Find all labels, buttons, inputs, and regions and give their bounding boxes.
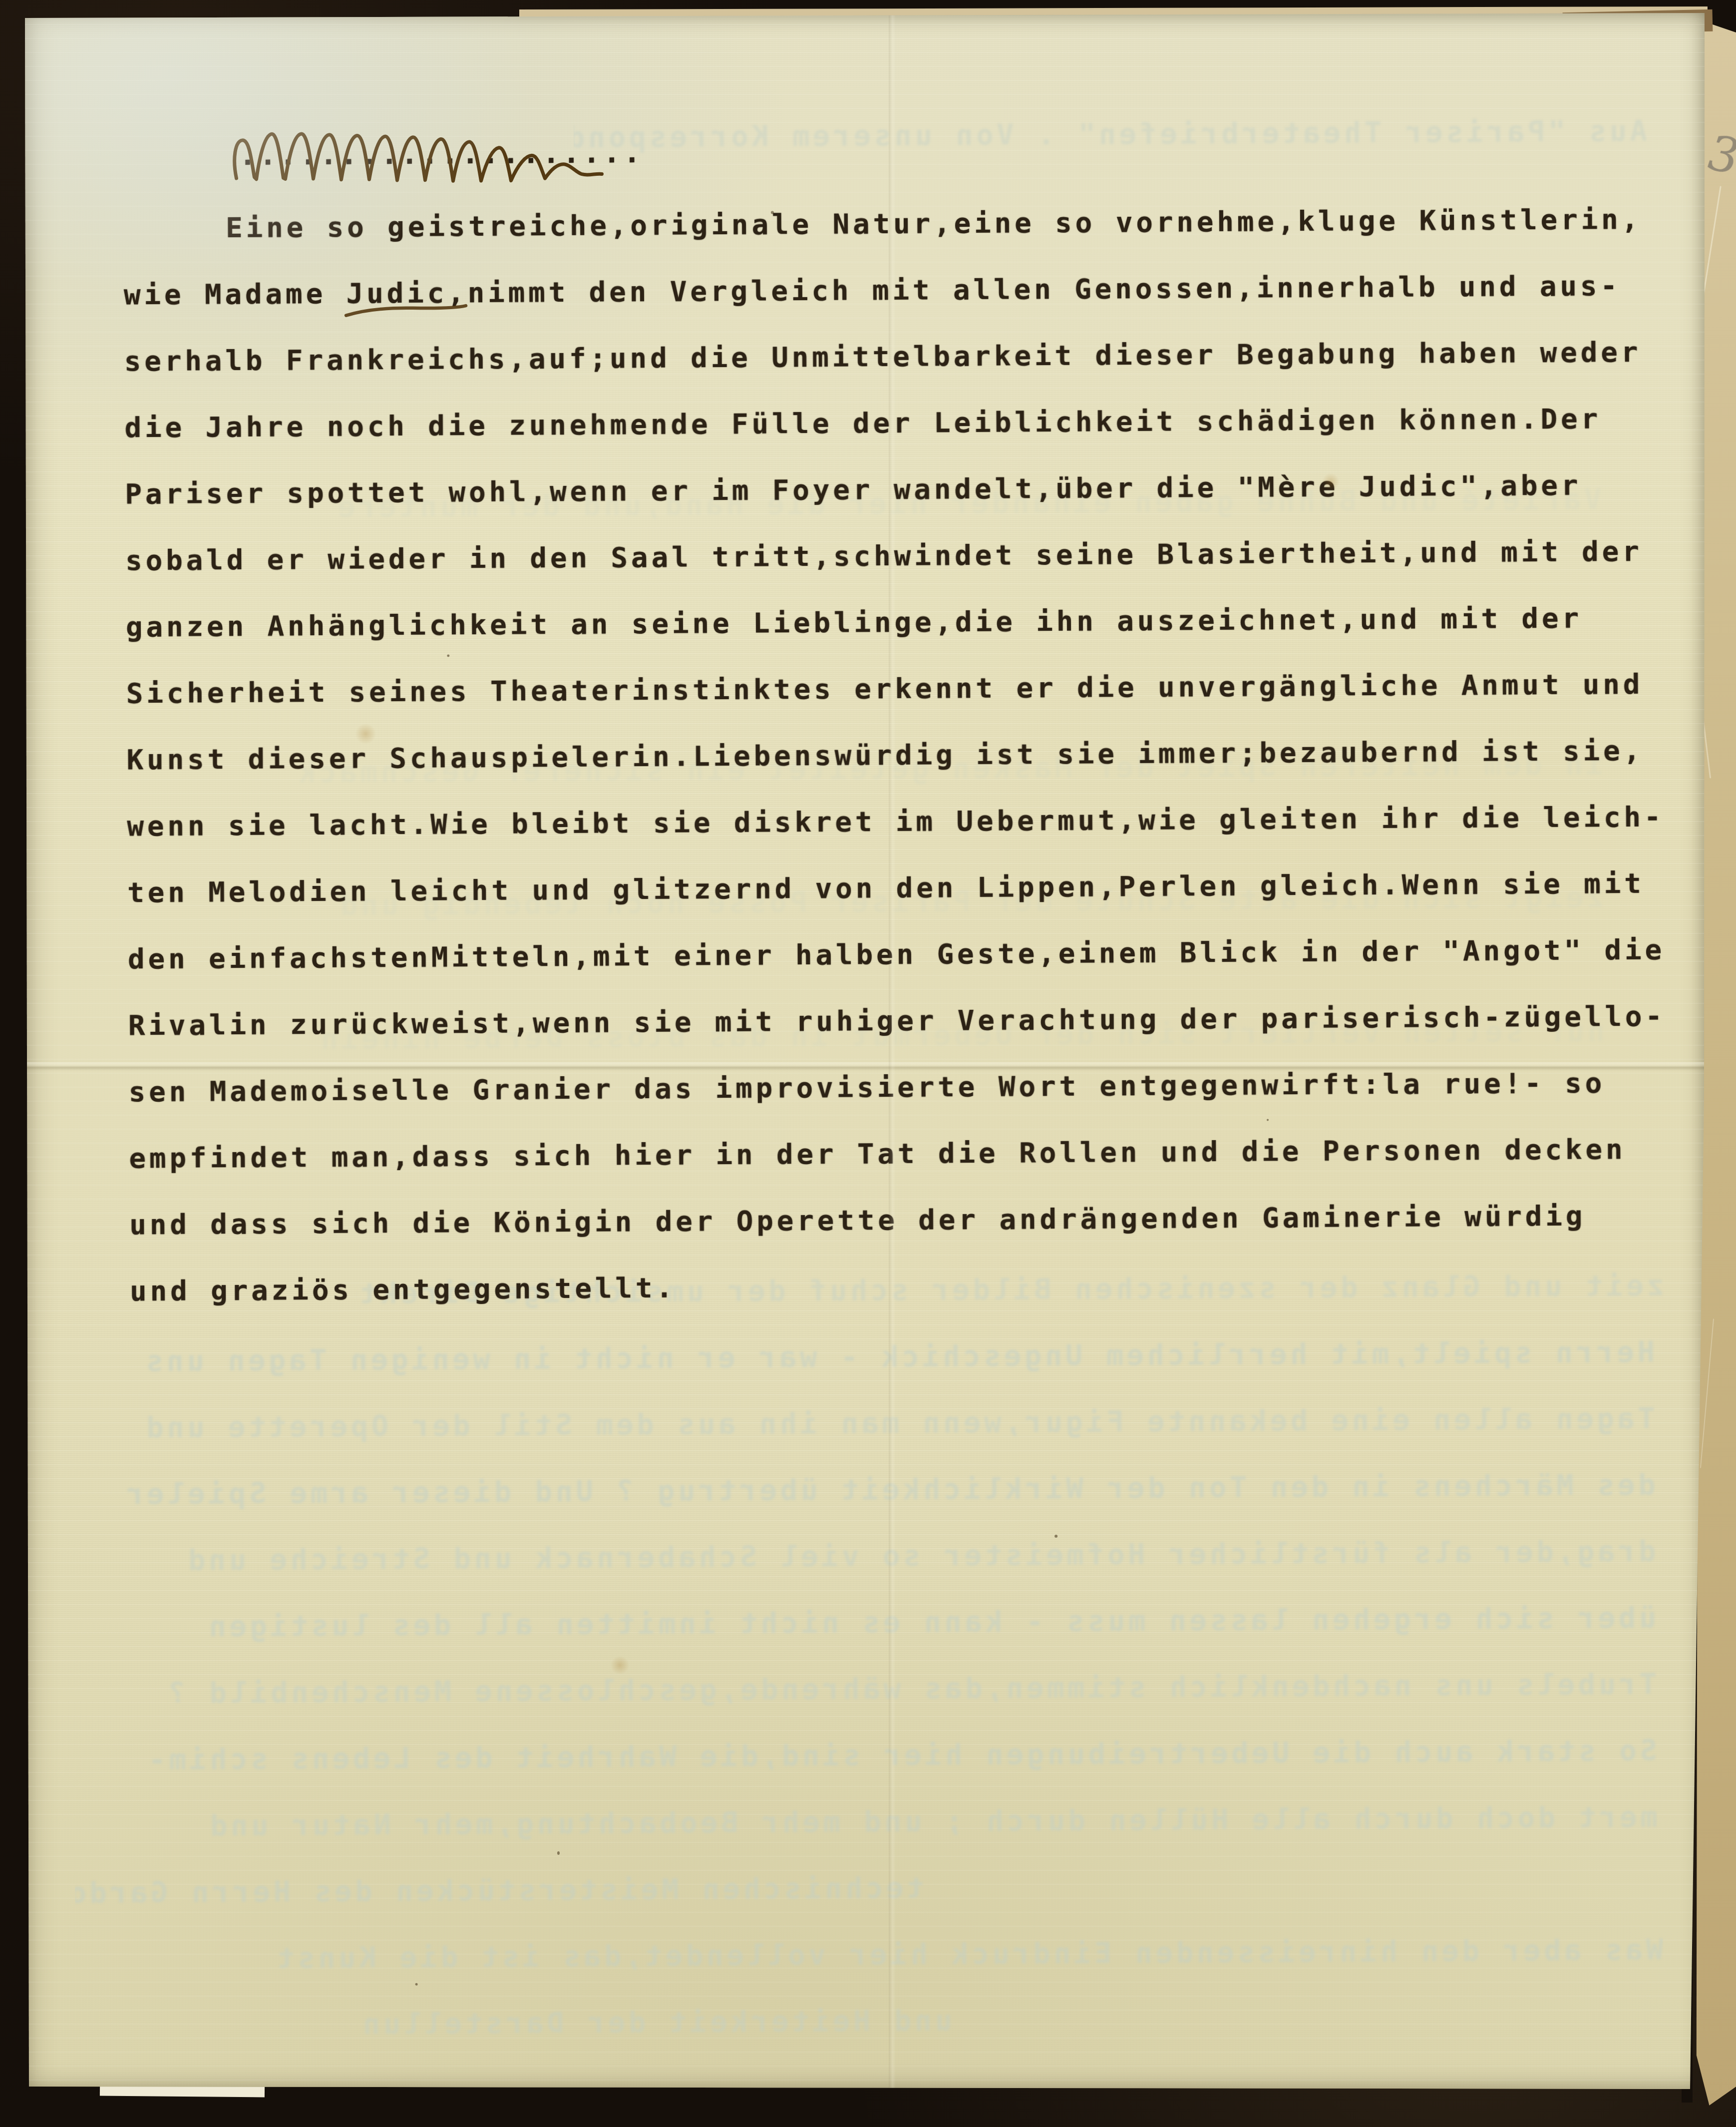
- typed-line: sen Mademoiselle Granier das improvisier…: [128, 1067, 1605, 1108]
- typed-line: Eine so geistreiche,originale Natur,eine…: [226, 203, 1642, 244]
- handwritten-underline-judic: [343, 302, 468, 320]
- typed-line: die Jahre noch die zunehmende Fülle der …: [124, 403, 1601, 444]
- page-content: Aus "Pariser Theaterbriefen" . Von unser…: [20, 1, 1717, 2095]
- dust-speck: [557, 1851, 560, 1855]
- dust-speck: [1054, 1535, 1057, 1538]
- foxing-spot: [610, 1656, 630, 1674]
- bleedthrough-line: Was aber den hinreissenden Eindruck hier…: [210, 1934, 1663, 1978]
- typed-line: den einfachstenMitteln,mit einer halben …: [128, 934, 1665, 976]
- bleedthrough-line: Herrn spielt,mit herrlichem Ungeschick -…: [72, 1336, 1655, 1380]
- typed-line: wenn sie lacht.Wie bleibt sie diskret im…: [127, 801, 1664, 843]
- dust-speck: [1267, 1119, 1269, 1121]
- typed-line: ganzen Anhänglichkeit an seine Lieblinge…: [126, 602, 1582, 644]
- bleedthrough-line: Trubels uns nachdenklich stimmen,das wäh…: [74, 1668, 1657, 1712]
- dust-speck: [415, 1983, 418, 1986]
- document-page: Aus "Pariser Theaterbriefen" . Von unser…: [22, 11, 1706, 2094]
- typed-line: und dass sich die Königin der Operette d…: [129, 1200, 1586, 1241]
- bleedthrough-line: und Heiterkeit der Darstellung.: [360, 2004, 952, 2043]
- bleedthrough-line: So stark auch die Uebertreibungen hier s…: [84, 1734, 1657, 1779]
- paper-crease-line: [1700, 1318, 1714, 1468]
- bleedthrough-line: mert doch durch alle Hüllen durch ; und …: [74, 1801, 1657, 1845]
- photo-backdrop: 3 Aus "Pariser Theaterbriefen" . Von uns…: [0, 0, 1736, 2127]
- bleedthrough-line: technischen Meisterstücken des Herrn Gar…: [75, 1872, 924, 1912]
- dust-speck: [771, 211, 774, 214]
- bleedthrough-line: über sich ergehen lassen muss - kann es …: [83, 1602, 1656, 1646]
- bleedthrough-line: Aus "Pariser Theaterbriefen" . Von unser…: [574, 115, 1647, 156]
- foxing-spot: [354, 724, 376, 744]
- typed-line: empfindet man,dass sich hier in der Tat …: [129, 1133, 1626, 1175]
- dust-speck: [447, 654, 449, 657]
- bleedthrough-line: des Märchens in den Ton der Wirklichkeit…: [72, 1469, 1655, 1513]
- typed-line: sobald er wieder in den Saal tritt,schwi…: [125, 535, 1643, 577]
- typed-line: Sicherheit seines Theaterinstinktes erke…: [126, 668, 1644, 710]
- typed-line: serhalb Frankreichs,auf;und die Unmittel…: [124, 336, 1642, 378]
- typed-line: und graziös entgegenstellt.: [130, 1272, 676, 1308]
- bleedthrough-line: drag,der als fürstlicher Hofmeister so v…: [73, 1535, 1656, 1580]
- handwritten-cancellation-squiggle: [231, 124, 671, 201]
- bleedthrough-line: Tagen allen eine bekannte Figur,wenn man…: [72, 1402, 1655, 1447]
